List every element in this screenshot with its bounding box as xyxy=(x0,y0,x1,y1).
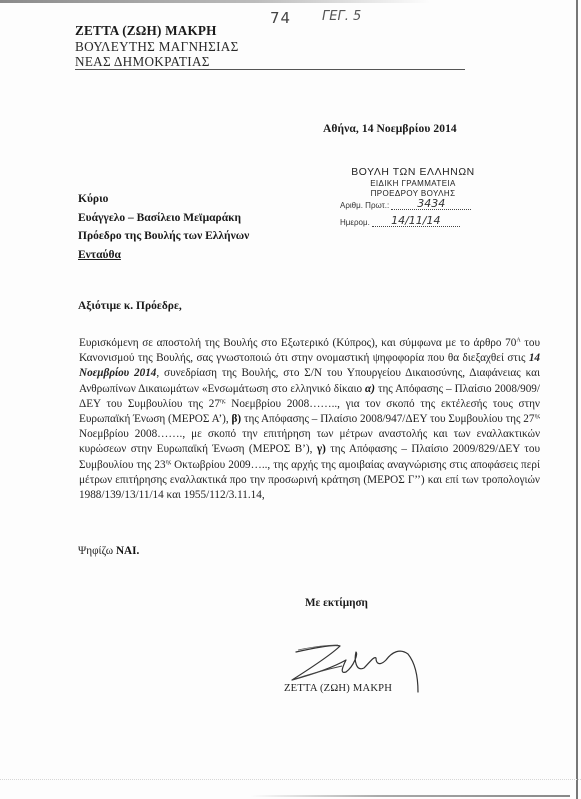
stamp-protocol-field: Αριθμ. Πρωτ.: 3434 xyxy=(340,198,471,210)
recipient-line-1: Κύριο xyxy=(78,190,249,209)
handwritten-number: 74 xyxy=(270,9,291,27)
parliament-stamp: ΒΟΥΛΗ ΤΩΝ ΕΛΛΗΝΩΝ ΕΙΔΙΚΗ ΓΡΑΜΜΑΤΕΙΑ ΠΡΟΕ… xyxy=(338,167,488,199)
item-marker-a: α) xyxy=(365,383,375,395)
sender-party: ΝΕΑΣ ΔΗΜΟΚΡΑΤΙΑΣ xyxy=(75,54,239,70)
vote-statement: Ψηφίζω ΝΑΙ. xyxy=(78,545,139,557)
closing: Με εκτίμηση xyxy=(305,597,368,609)
vote-value: ΝΑΙ. xyxy=(116,545,139,557)
stamp-date-label: Ημερομ. xyxy=(340,218,370,227)
item-marker-c: γ) xyxy=(317,443,326,455)
salutation: Αξιότιμε κ. Πρόεδρε, xyxy=(78,300,182,312)
body-text-segment: Ευρισκόμενη σε αποστολή της Βουλής στο Ε… xyxy=(79,337,516,349)
body-superscript: ης xyxy=(534,413,540,419)
scan-edge-right xyxy=(576,0,578,799)
stamp-date-field: Ημερομ. 14/11/14 xyxy=(340,215,460,227)
letterhead-divider xyxy=(75,69,465,70)
stamp-line-2: ΕΙΔΙΚΗ ΓΡΑΜΜΑΤΕΙΑ xyxy=(338,179,488,189)
vote-label: Ψηφίζω xyxy=(78,545,113,557)
scan-dotted-line xyxy=(0,779,581,781)
sender-title: ΒΟΥΛΕΥΤΗΣ ΜΑΓΝΗΣΙΑΣ xyxy=(75,39,239,55)
sender-name: ΖΕΤΤΑ (ΖΩΗ) ΜΑΚΡΗ xyxy=(75,23,239,39)
recipient-line-2: Ευάγγελο – Βασίλειο Μεϊμαράκη xyxy=(78,209,249,228)
scan-edge-bottom xyxy=(250,795,570,797)
stamp-date-value: 14/11/14 xyxy=(372,215,460,227)
body-text-segment: της Απόφασης – Πλαίσιο 2008/947/ΔΕΥ του … xyxy=(241,413,534,425)
letter-body: Ευρισκόμενη σε αποστολή της Βουλής στο Ε… xyxy=(79,336,540,503)
handwritten-note: ΓΕΓ. 5 xyxy=(322,9,361,24)
scanned-letter-page: 74 ΓΕΓ. 5 ΖΕΤΤΑ (ΖΩΗ) ΜΑΚΡΗ ΒΟΥΛΕΥΤΗΣ ΜΑ… xyxy=(0,0,581,799)
protocol-number: 3434 xyxy=(391,198,471,210)
item-marker-b: β) xyxy=(232,413,242,425)
signer-name: ΖΕΤΤΑ (ΖΩΗ) ΜΑΚΡΗ xyxy=(284,683,392,694)
letterhead: ΖΕΤΤΑ (ΖΩΗ) ΜΑΚΡΗ ΒΟΥΛΕΥΤΗΣ ΜΑΓΝΗΣΙΑΣ ΝΕ… xyxy=(75,23,239,70)
scan-edge-top xyxy=(0,0,430,3)
protocol-label: Αριθμ. Πρωτ.: xyxy=(340,201,389,210)
recipient-line-3: Πρόεδρο της Βουλής των Ελλήνων xyxy=(78,227,249,246)
recipient-block: Κύριο Ευάγγελο – Βασίλειο Μεϊμαράκη Πρόε… xyxy=(78,190,249,264)
recipient-line-4: Ενταύθα xyxy=(78,246,249,265)
stamp-line-1: ΒΟΥΛΗ ΤΩΝ ΕΛΛΗΝΩΝ xyxy=(338,167,488,179)
letter-date: Αθήνα, 14 Νοεμβρίου 2014 xyxy=(323,123,457,135)
